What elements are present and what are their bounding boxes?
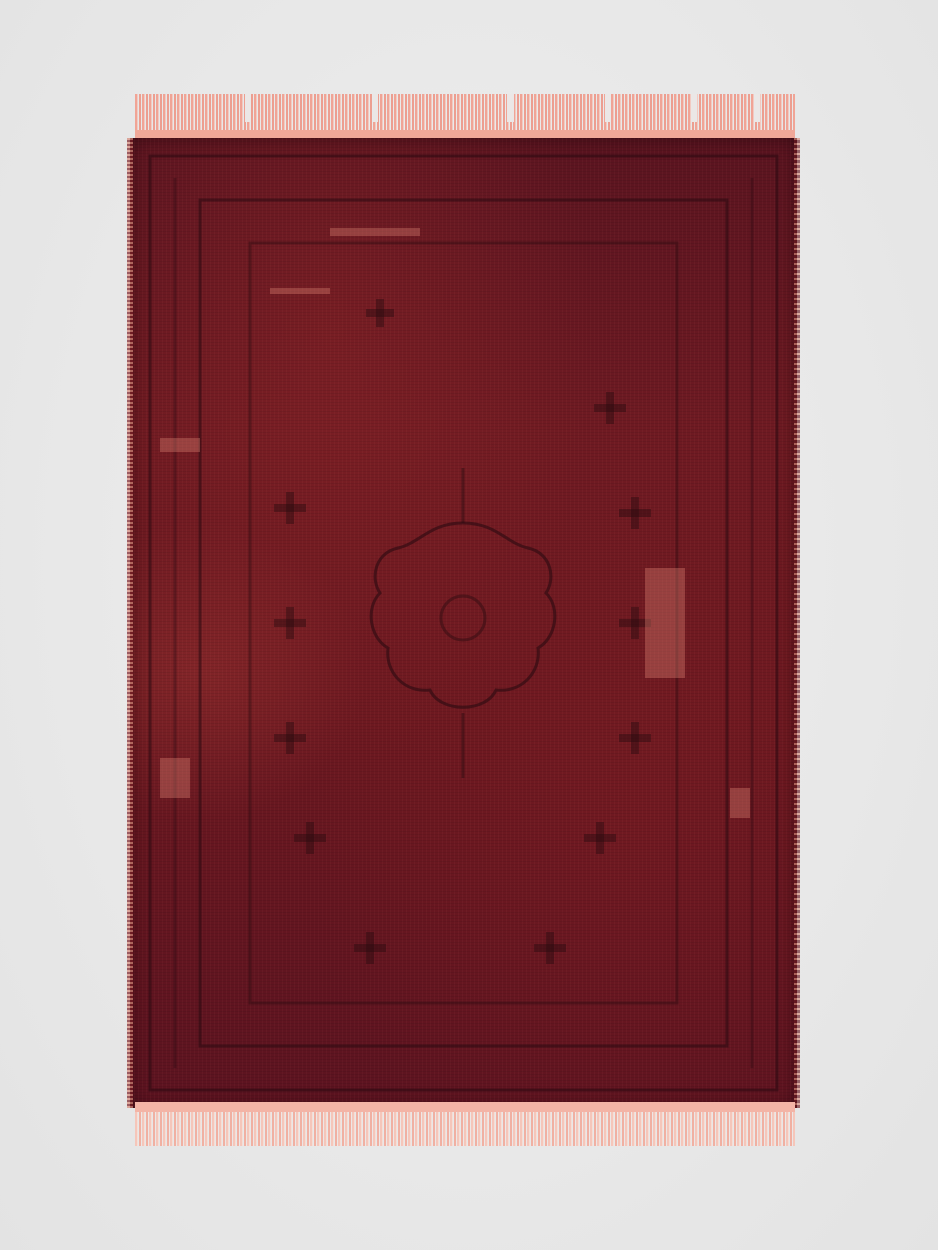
- rug-pattern: [130, 138, 797, 1108]
- rug-left-edge: [127, 138, 133, 1108]
- fringe-band: [135, 1102, 795, 1112]
- top-fringe: [135, 94, 795, 140]
- photo-background: [0, 0, 938, 1250]
- rug-right-edge: [794, 138, 800, 1108]
- rug: [130, 138, 797, 1108]
- bottom-fringe: [135, 1102, 795, 1146]
